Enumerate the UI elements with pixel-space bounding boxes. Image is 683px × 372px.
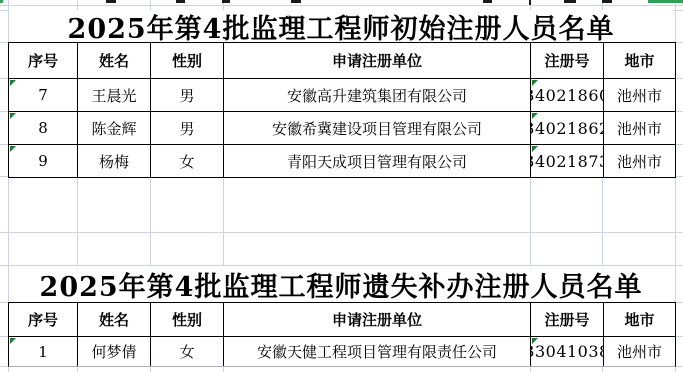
table2-r0-name-cell[interactable]: 何梦倩 [78,337,151,366]
error-indicator-icon [532,113,538,119]
table2-header-regno[interactable]: 注册号 [531,303,604,337]
table2-header-serial[interactable]: 序号 [9,303,78,337]
gridline-h [675,78,683,79]
green-fill-fragment [648,0,683,3]
gridline-h [675,302,683,303]
error-indicator-icon [532,80,538,86]
table1-r1-regno-cell[interactable]: 34021862 [531,112,604,145]
gridline-h [0,336,8,337]
table1-r0-serial-cell[interactable]: 7 [9,79,78,112]
table2-r0-regno-cell[interactable]: 33041038 [531,337,604,366]
error-indicator-icon [10,80,16,86]
table1-r1-serial-cell[interactable]: 8 [9,112,78,145]
table1-grid: 序号 姓名 性别 申请注册单位 注册号 地市 7 王晨光 男 安徽高升建筑集团有… [8,42,676,178]
cutoff-text-fragment [106,0,116,3]
table1-r2-city-cell[interactable]: 池州市 [604,145,675,177]
gridline-h [0,144,8,145]
table1-header-name[interactable]: 姓名 [78,43,151,79]
gridline-h [0,78,8,79]
error-indicator-icon [10,113,16,119]
table1-r1-name-cell[interactable]: 陈金辉 [78,112,151,145]
table1-title[interactable]: 2025年第4批监理工程师初始注册人员名单 [9,10,673,42]
table1-r0-city-cell[interactable]: 池州市 [604,79,675,112]
table2-header-company[interactable]: 申请注册单位 [224,303,531,337]
gridline-h [675,42,683,43]
gridline-h [0,366,8,367]
gridline-h [0,42,8,43]
table1-r1-gender-cell[interactable]: 男 [151,112,224,145]
table2-title[interactable]: 2025年第4批监理工程师遗失补办注册人员名单 [9,266,673,302]
gridline-h [0,111,8,112]
gridline-h [675,176,683,177]
gridline-h [675,144,683,145]
gridline-h [675,111,683,112]
gridline-h [675,366,683,367]
table1-r2-regno-cell[interactable]: 34021873 [531,145,604,177]
gridline-h [675,336,683,337]
table1-r2-name-cell[interactable]: 杨梅 [78,145,151,177]
table1-r0-regno-cell[interactable]: 34021860 [531,79,604,112]
cutoff-text-fragment [176,0,185,3]
cutoff-text-fragment [602,0,612,3]
table1-header-company[interactable]: 申请注册单位 [224,43,531,79]
cutoff-text-fragment [564,0,576,3]
table2-r0-gender-cell[interactable]: 女 [151,337,224,366]
table1-r1-company-cell[interactable]: 安徽希冀建设项目管理有限公司 [224,112,531,145]
cutoff-text-fragment [291,0,301,3]
table2-header-name[interactable]: 姓名 [78,303,151,337]
table1-header-city[interactable]: 地市 [604,43,675,79]
table2-r0-serial-cell[interactable]: 1 [9,337,78,366]
table2-header-gender[interactable]: 性别 [151,303,224,337]
cutoff-text-fragment [483,0,492,3]
table2-header-city[interactable]: 地市 [604,303,675,337]
gridline-h [0,302,8,303]
table1-r0-company-cell[interactable]: 安徽高升建筑集团有限公司 [224,79,531,112]
table1-r2-company-cell[interactable]: 青阳天成项目管理有限公司 [224,145,531,177]
table1-header-serial[interactable]: 序号 [9,43,78,79]
error-indicator-icon [10,338,16,344]
table2-r0-city-cell[interactable]: 池州市 [604,337,675,366]
table1-r1-city-cell[interactable]: 池州市 [604,112,675,145]
error-indicator-icon [10,146,16,152]
cutoff-text-fragment [222,0,230,3]
table1-r2-gender-cell[interactable]: 女 [151,145,224,177]
cutoff-border-fragment [529,0,531,5]
table1-r0-gender-cell[interactable]: 男 [151,79,224,112]
table1-r2-serial-cell[interactable]: 9 [9,145,78,177]
error-indicator-icon [532,338,538,344]
gridline-h [0,176,8,177]
table1-header-gender[interactable]: 性别 [151,43,224,79]
table2-r0-company-cell[interactable]: 安徽天健工程项目管理有限责任公司 [224,337,531,366]
table2-grid: 序号 姓名 性别 申请注册单位 注册号 地市 1 何梦倩 女 安徽天健工程项目管… [8,302,676,367]
gridline-h [0,232,683,233]
error-indicator-icon [532,146,538,152]
spreadsheet-view: 2025年第4批监理工程师初始注册人员名单 序号 姓名 性别 申请注册单位 注册… [0,0,683,372]
green-fill-fragment [0,0,3,3]
table1-header-regno[interactable]: 注册号 [531,43,604,79]
table1-r0-name-cell[interactable]: 王晨光 [78,79,151,112]
